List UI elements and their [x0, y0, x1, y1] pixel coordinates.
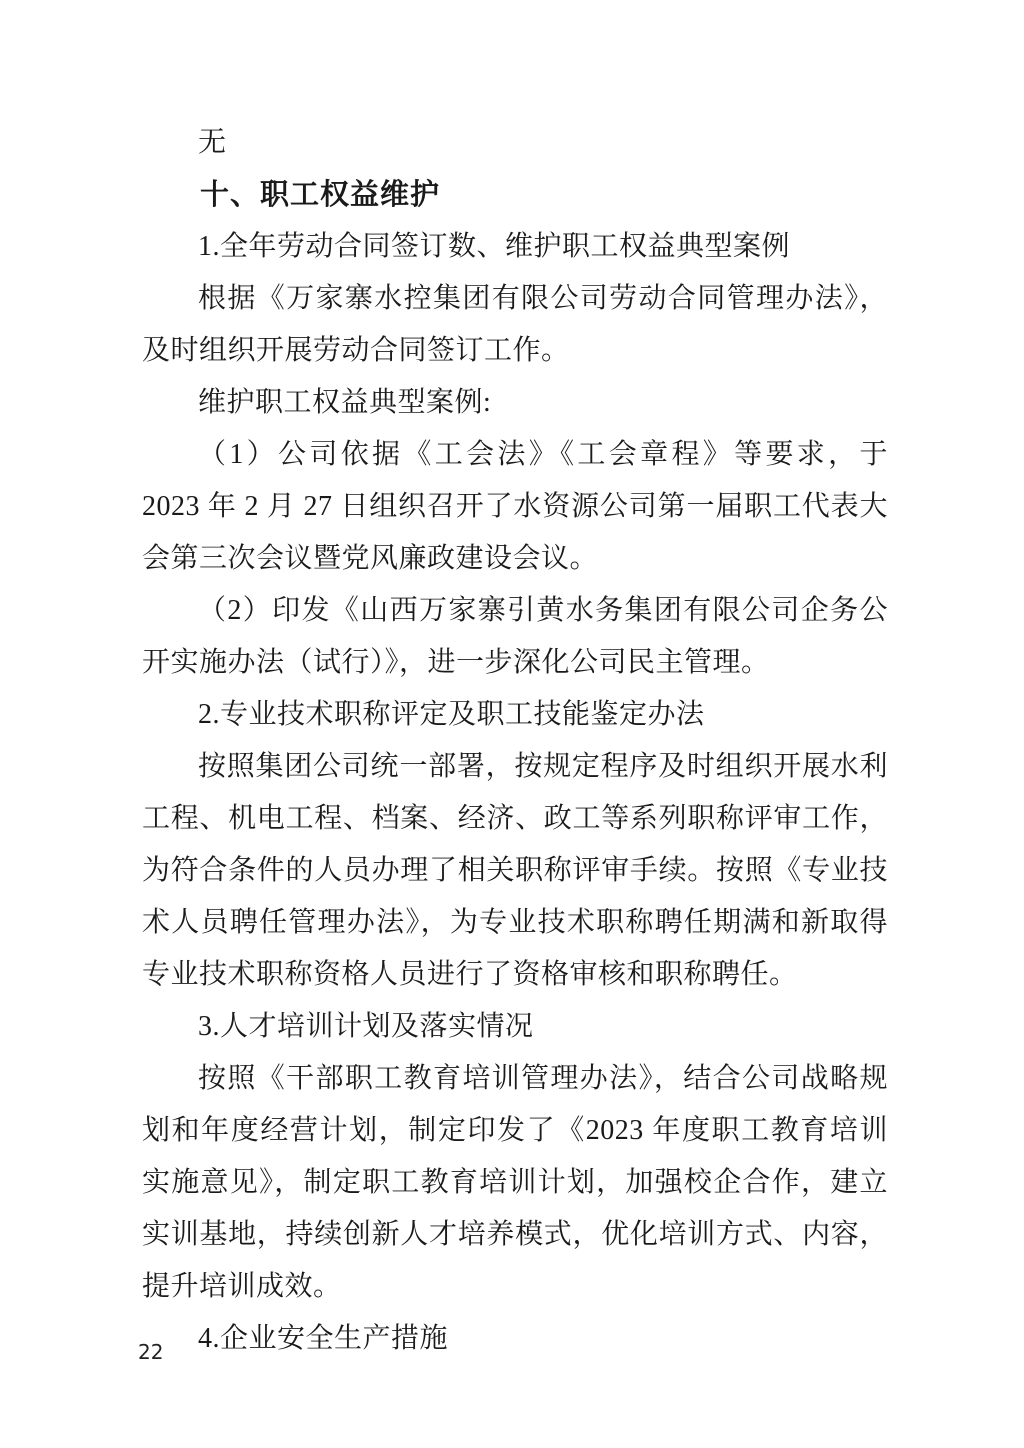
- paragraph-case-2: （2）印发《山西万家寨引黄水务集团有限公司企务公开实施办法（试行）》，进一步深化…: [142, 585, 888, 689]
- heading-section-10: 十、职工权益维护: [142, 169, 888, 221]
- subheading-item-3: 3.人才培训计划及落实情况: [142, 1001, 888, 1053]
- paragraph-title-evaluation: 按照集团公司统一部署，按规定程序及时组织开展水利工程、机电工程、档案、经济、政工…: [142, 741, 888, 1001]
- document-page: 无 十、职工权益维护 1.全年劳动合同签订数、维护职工权益典型案例 根据《万家寨…: [0, 0, 1024, 1448]
- page-number: 22: [138, 1340, 163, 1364]
- subheading-item-1: 1.全年劳动合同签订数、维护职工权益典型案例: [142, 221, 888, 273]
- document-body: 无 十、职工权益维护 1.全年劳动合同签订数、维护职工权益典型案例 根据《万家寨…: [142, 117, 888, 1365]
- subheading-item-4: 4.企业安全生产措施: [142, 1313, 888, 1365]
- text-none: 无: [142, 117, 888, 169]
- subheading-item-2: 2.专业技术职称评定及职工技能鉴定办法: [142, 689, 888, 741]
- paragraph-labor-contract: 根据《万家寨水控集团有限公司劳动合同管理办法》，及时组织开展劳动合同签订工作。: [142, 273, 888, 377]
- paragraph-typical-cases-lead: 维护职工权益典型案例:: [142, 377, 888, 429]
- paragraph-training: 按照《干部职工教育培训管理办法》，结合公司战略规划和年度经营计划，制定印发了《2…: [142, 1053, 888, 1313]
- paragraph-case-1: （1）公司依据《工会法》《工会章程》等要求，于 2023 年 2 月 27 日组…: [142, 429, 888, 585]
